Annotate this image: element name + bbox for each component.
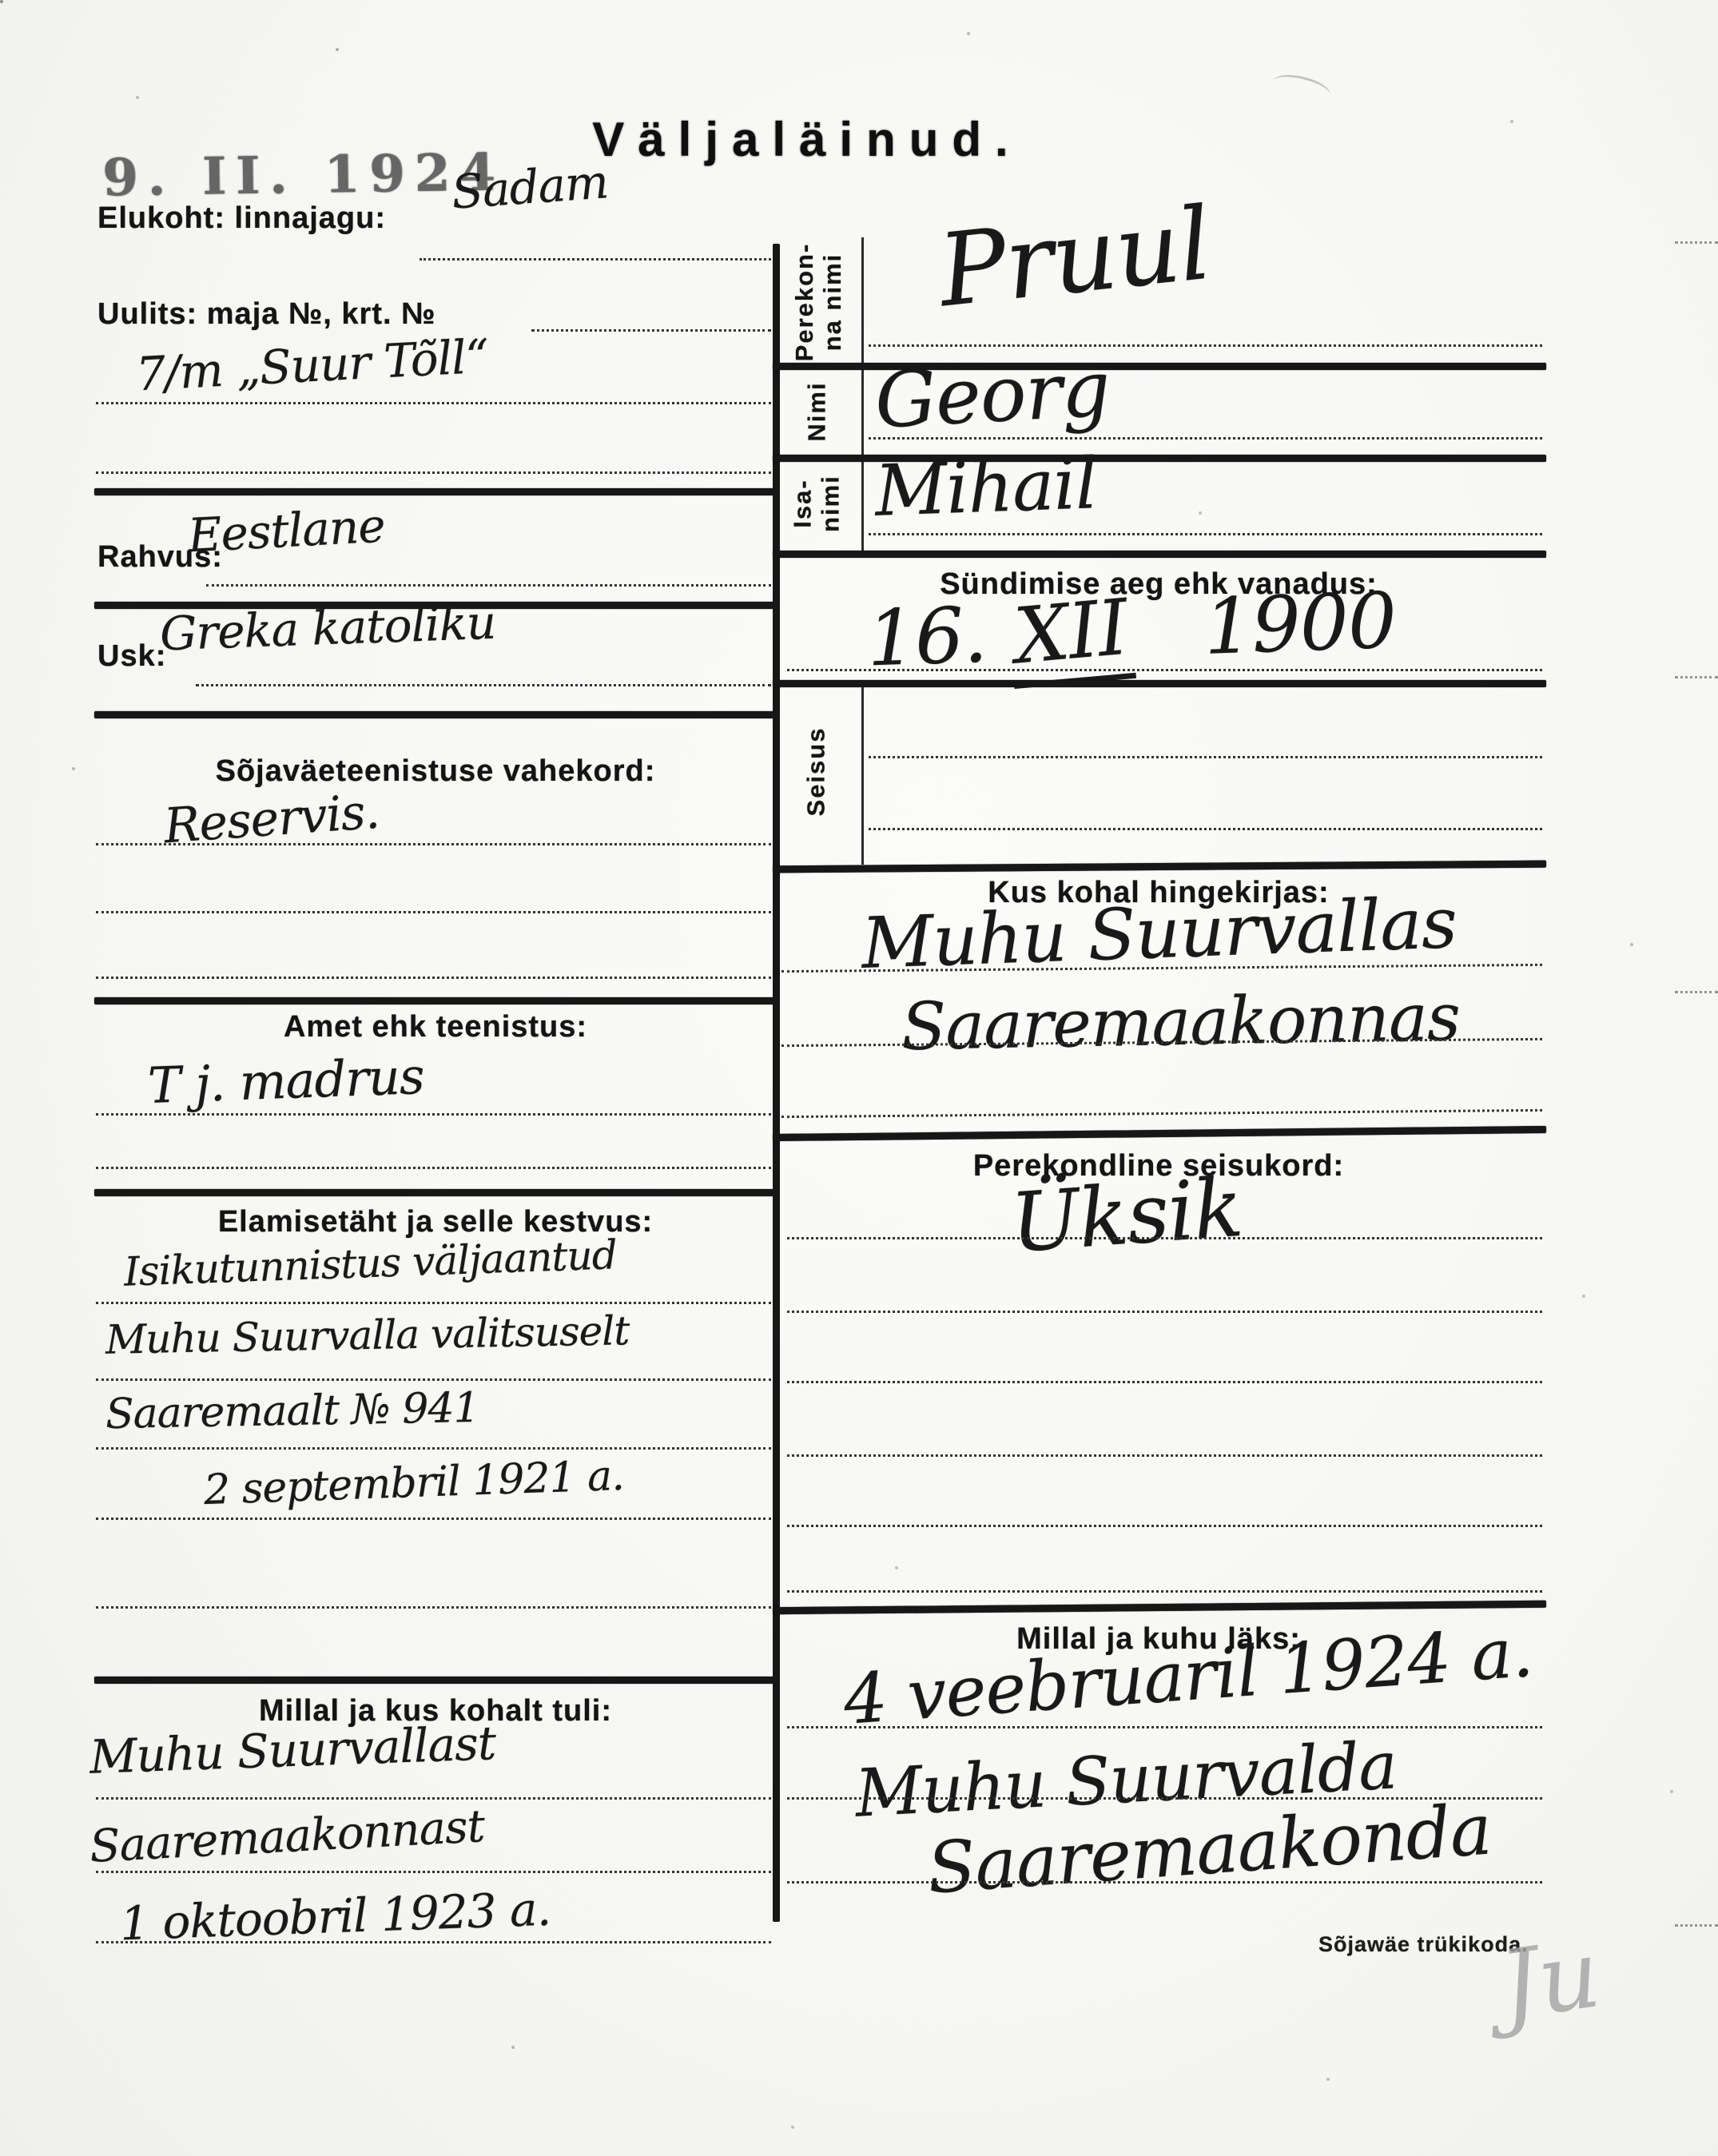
- registry-card-page: Väljaläinud. 9. II. 1924 Elukoht: linnaj…: [0, 0, 1718, 2156]
- ruled-line: [420, 258, 771, 261]
- date-stamp: 9. II. 1924: [102, 142, 506, 208]
- amet-value: T j. madrus: [147, 1047, 425, 1115]
- ruled-line: [787, 1237, 1542, 1239]
- tuli-line: Saaremaakonnast: [89, 1800, 486, 1873]
- nimi-value: Georg: [873, 344, 1112, 445]
- ruled-line: [96, 1113, 771, 1116]
- rahvus-label: Rahvus:: [97, 540, 223, 575]
- amet-label: Amet ehk teenistus:: [100, 1010, 771, 1044]
- hingekirjas-line: Saaremaakonnas: [901, 980, 1460, 1065]
- center-divider: [773, 244, 780, 1922]
- ruled-line: [196, 684, 771, 686]
- perekonnanimi-value: Pruul: [933, 186, 1215, 330]
- scan-edge-mark: [1675, 241, 1718, 244]
- ruled-line: [869, 344, 1542, 347]
- section-divider: [94, 1677, 773, 1684]
- ruled-line: [787, 669, 1542, 671]
- ruled-line: [96, 1606, 771, 1609]
- elukoht-value: Sadam: [450, 154, 610, 220]
- scan-edge-mark: [1675, 1924, 1718, 1927]
- sundimine-year: 1900: [1203, 575, 1398, 671]
- section-divider: [773, 680, 1546, 687]
- isanimi-value: Mihail: [873, 442, 1098, 532]
- ruled-line: [96, 977, 771, 979]
- ruled-line: [96, 1797, 771, 1800]
- ruled-line: [787, 1525, 1542, 1527]
- section-divider: [773, 551, 1546, 558]
- usk-value: Greka katoliku: [159, 595, 496, 662]
- ruled-line: [787, 1311, 1542, 1313]
- scan-edge-mark: [1675, 991, 1718, 993]
- section-divider: [773, 861, 1546, 873]
- ruled-line: [787, 1454, 1542, 1457]
- section-divider: [773, 1126, 1546, 1141]
- scan-edge-mark: [1675, 676, 1718, 678]
- perekonnanimi-label: Perekon- na nimi: [763, 230, 875, 374]
- ruled-line: [96, 1302, 771, 1304]
- paper-specks: [0, 0, 3, 3]
- ruled-line: [869, 756, 1542, 758]
- elamisetaht-label: Elamisetäht ja selle kestvus:: [100, 1205, 771, 1239]
- label-cell-divider: [861, 687, 864, 865]
- section-divider: [773, 1601, 1546, 1614]
- ruled-line: [96, 471, 771, 474]
- ruled-line: [869, 437, 1542, 440]
- ruled-line: [869, 533, 1542, 535]
- seisus-label: Seisus: [799, 692, 835, 852]
- ruled-line: [96, 1941, 771, 1943]
- usk-label: Usk:: [97, 639, 166, 674]
- elamisetaht-line: Muhu Suurvalla valitsuselt: [105, 1307, 630, 1362]
- pencil-mark-top: [1271, 70, 1334, 106]
- ruled-line: [96, 1871, 771, 1873]
- ruled-line: [96, 402, 771, 404]
- pencil-note: Ju: [1493, 1918, 1606, 2041]
- ruled-line: [869, 828, 1542, 830]
- sundimine-value: 16. XII 1900: [865, 575, 1398, 690]
- section-divider: [94, 488, 773, 495]
- uulits-value: 7/m „Suur Tõll“: [135, 328, 490, 401]
- elamisetaht-line: Saaremaalt № 941: [105, 1384, 480, 1438]
- ruled-line: [96, 911, 771, 913]
- sojavaeteenistus-label: Sõjaväeteenistuse vahekord:: [100, 754, 771, 789]
- isanimi-label: Isa- nimi: [789, 446, 845, 562]
- ruled-line: [96, 1447, 771, 1450]
- ruled-line: [787, 1381, 1542, 1383]
- ruled-line: [96, 1518, 771, 1520]
- seisukord-value: Üksik: [1008, 1160, 1245, 1271]
- ruled-line: [206, 584, 771, 587]
- ruled-line: [96, 1378, 771, 1381]
- elamisetaht-line: 2 septembril 1921 a.: [203, 1452, 624, 1514]
- section-divider: [94, 1189, 773, 1196]
- ruled-line: [787, 1881, 1542, 1884]
- elukoht-label: Elukoht: linnajagu:: [97, 201, 386, 236]
- ruled-line: [787, 1726, 1542, 1728]
- ruled-line: [96, 1167, 771, 1169]
- ruled-line: [96, 843, 771, 845]
- ruled-line: [781, 1109, 1542, 1118]
- elamisetaht-line: Isikutunnistus väljaantud: [123, 1231, 617, 1295]
- ruled-line: [531, 329, 771, 332]
- section-divider: [94, 711, 773, 718]
- sundimine-month: XII: [1006, 582, 1136, 689]
- section-divider: [94, 997, 773, 1004]
- ruled-line: [787, 1590, 1542, 1593]
- uulits-label: Uulits: maja №, krt. №: [97, 297, 435, 332]
